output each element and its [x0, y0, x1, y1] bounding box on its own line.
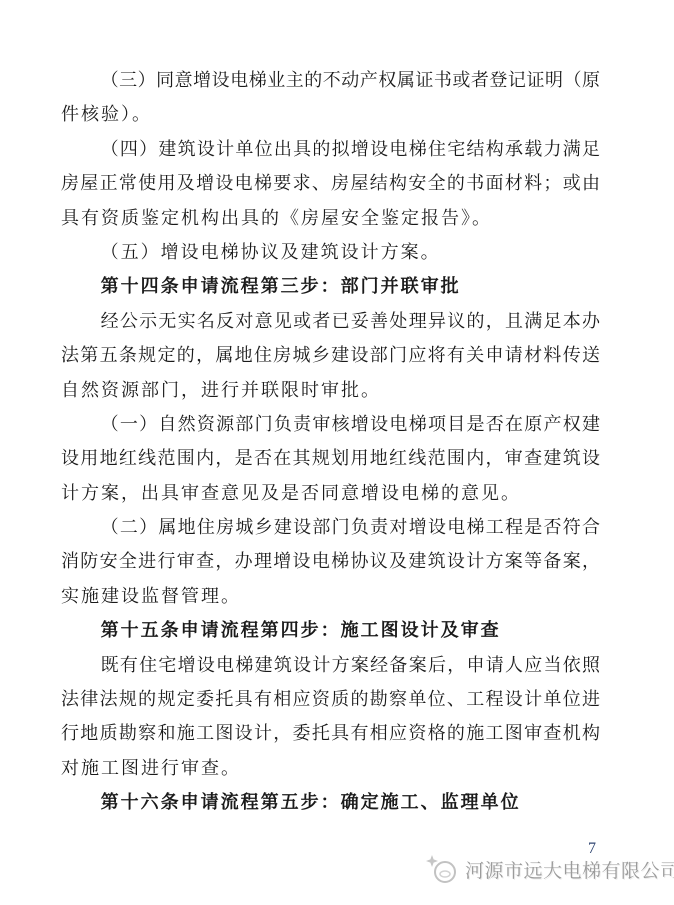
- article-heading-line: 第十五条申请流程第四步：施工图设计及审查: [61, 613, 600, 647]
- article-heading-line: 第十六条申请流程第五步：确定施工、监理单位: [61, 785, 600, 819]
- body-text-line: （四）建筑设计单位出具的拟增设电梯住宅结构承载力满足: [61, 132, 600, 166]
- body-text-line: 计方案，出具审查意见及是否同意增设电梯的意见。: [61, 476, 600, 510]
- body-text-line: 件核验）。: [61, 97, 600, 131]
- body-text-line: （一）自然资源部门负责审核增设电梯项目是否在原产权建: [61, 407, 600, 441]
- body-text-line: 自然资源部门，进行并联限时审批。: [61, 373, 600, 407]
- body-text-line: 既有住宅增设电梯建筑设计方案经备案后，申请人应当依照: [61, 648, 600, 682]
- article-heading-line: 第十四条申请流程第三步：部门并联审批: [61, 269, 600, 303]
- body-text-line: 对施工图进行审查。: [61, 751, 600, 785]
- body-text-line: （五）增设电梯协议及建筑设计方案。: [61, 235, 600, 269]
- watermark-company-name: 河源市远大电梯有限公司: [465, 856, 674, 883]
- body-text-line: 设用地红线范围内，是否在其规划用地红线范围内，审查建筑设: [61, 441, 600, 475]
- document-page: （三）同意增设电梯业主的不动产权属证书或者登记证明（原件核验）。（四）建筑设计单…: [0, 0, 674, 905]
- body-text-line: 具有资质鉴定机构出具的《房屋安全鉴定报告》。: [61, 201, 600, 235]
- body-text-line: 经公示无实名反对意见或者已妥善处理异议的，且满足本办: [61, 304, 600, 338]
- body-text-line: （三）同意增设电梯业主的不动产权属证书或者登记证明（原: [61, 63, 600, 97]
- body-text-line: （二）属地住房城乡建设部门负责对增设电梯工程是否符合: [61, 510, 600, 544]
- document-body: （三）同意增设电梯业主的不动产权属证书或者登记证明（原件核验）。（四）建筑设计单…: [61, 63, 600, 820]
- watermark: 河源市远大电梯有限公司: [424, 853, 674, 885]
- body-text-line: 法律法规的规定委托具有相应资质的勘察单位、工程设计单位进: [61, 682, 600, 716]
- body-text-line: 消防安全进行审查，办理增设电梯协议及建筑设计方案等备案，: [61, 544, 600, 578]
- body-text-line: 行地质勘察和施工图设计，委托具有相应资格的施工图审查机构: [61, 716, 600, 750]
- body-text-line: 法第五条规定的，属地住房城乡建设部门应将有关申请材料传送: [61, 338, 600, 372]
- body-text-line: 房屋正常使用及增设电梯要求、房屋结构安全的书面材料；或由: [61, 166, 600, 200]
- company-logo-icon: [424, 853, 460, 885]
- body-text-line: 实施建设监督管理。: [61, 579, 600, 613]
